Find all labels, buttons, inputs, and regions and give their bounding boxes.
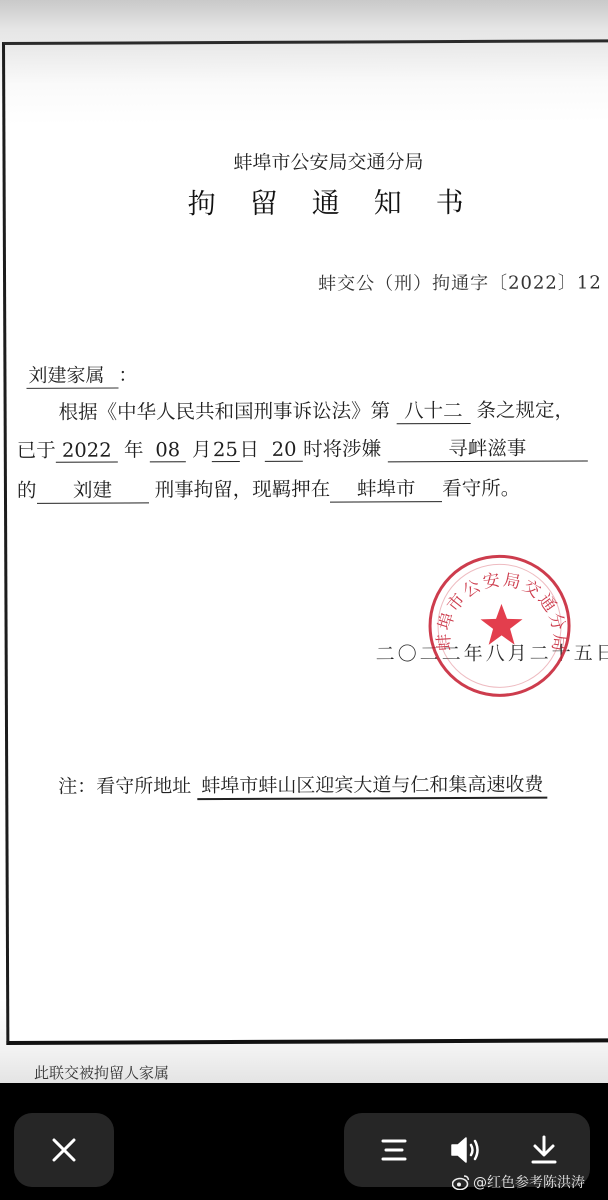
facility-address-note: 注：看守所地址 蚌埠市蚌山区迎宾大道与仁和集高速收费: [58, 770, 547, 801]
date-prefix: 已于: [17, 439, 56, 462]
addressee: 刘建家属: [26, 360, 118, 388]
hour-unit: 时将涉嫌: [303, 437, 381, 460]
detention-hour: 20: [265, 438, 303, 462]
close-button[interactable]: [14, 1113, 114, 1187]
star-icon: [479, 603, 523, 647]
handover-note: 此联交被拘留人家属: [34, 1062, 169, 1083]
download-icon: [529, 1135, 559, 1165]
detention-year: 2022: [56, 438, 118, 462]
document-number: 蚌交公（刑）拘通字〔2022〕12: [318, 268, 602, 295]
legal-basis-text: 根据《中华人民共和国刑事诉讼法》第: [59, 399, 391, 423]
addressee-colon: ：: [118, 364, 137, 386]
watermark: @红色参考陈洪涛: [452, 1172, 585, 1192]
detention-notice-paper: 蚌埠市公安局交通分局 拘留通知书 蚌交公（刑）拘通字〔2022〕12 刘建家属：…: [2, 39, 608, 1045]
note-label: 注：看守所地址: [58, 775, 191, 798]
document-title: 拘留通知书: [188, 181, 498, 222]
body-line-1: 根据《中华人民共和国刑事诉讼法》第 八十二 条之规定，: [59, 395, 575, 426]
body-line-3: 的刘建 刑事拘留，现羁押在蚌埠市看守所。: [17, 473, 520, 504]
article-number: 八十二: [396, 395, 470, 424]
detention-facility-city: 蚌埠市: [330, 473, 442, 502]
document-photo: 蚌埠市公安局交通分局 拘留通知书 蚌交公（刑）拘通字〔2022〕12 刘建家属：…: [0, 0, 608, 1083]
detainee-name: 刘建: [36, 474, 148, 503]
month-unit: 月: [192, 438, 212, 461]
menu-icon: [380, 1136, 408, 1164]
speaker-button[interactable]: [449, 1133, 483, 1167]
detention-day: 25: [211, 438, 239, 462]
detention-status-text: 刑事拘留，现羁押在: [155, 478, 331, 502]
detention-month: 08: [150, 438, 186, 462]
facility-address: 蚌埠市蚌山区迎宾大道与仁和集高速收费: [197, 770, 547, 801]
close-icon: [51, 1137, 77, 1163]
day-unit: 日: [239, 438, 259, 461]
download-button[interactable]: [527, 1133, 561, 1167]
official-seal: 蚌埠市公安局交通分局: [428, 555, 571, 698]
body-line-2: 已于2022 年 08 月25日 20时将涉嫌 寻衅滋事: [17, 432, 588, 463]
watermark-text: @红色参考陈洪涛: [473, 1172, 585, 1192]
charge: 寻衅滋事: [387, 432, 587, 462]
facility-suffix: 看守所。: [442, 477, 520, 500]
article-suffix: 条之规定，: [476, 399, 574, 422]
year-unit: 年: [124, 438, 144, 461]
addressee-line: 刘建家属：: [26, 360, 137, 388]
detainee-prefix: 的: [17, 479, 37, 502]
speaker-icon: [449, 1134, 483, 1166]
weibo-icon: [452, 1174, 470, 1190]
menu-button[interactable]: [377, 1133, 411, 1167]
issuing-agency: 蚌埠市公安局交通分局: [233, 147, 423, 175]
